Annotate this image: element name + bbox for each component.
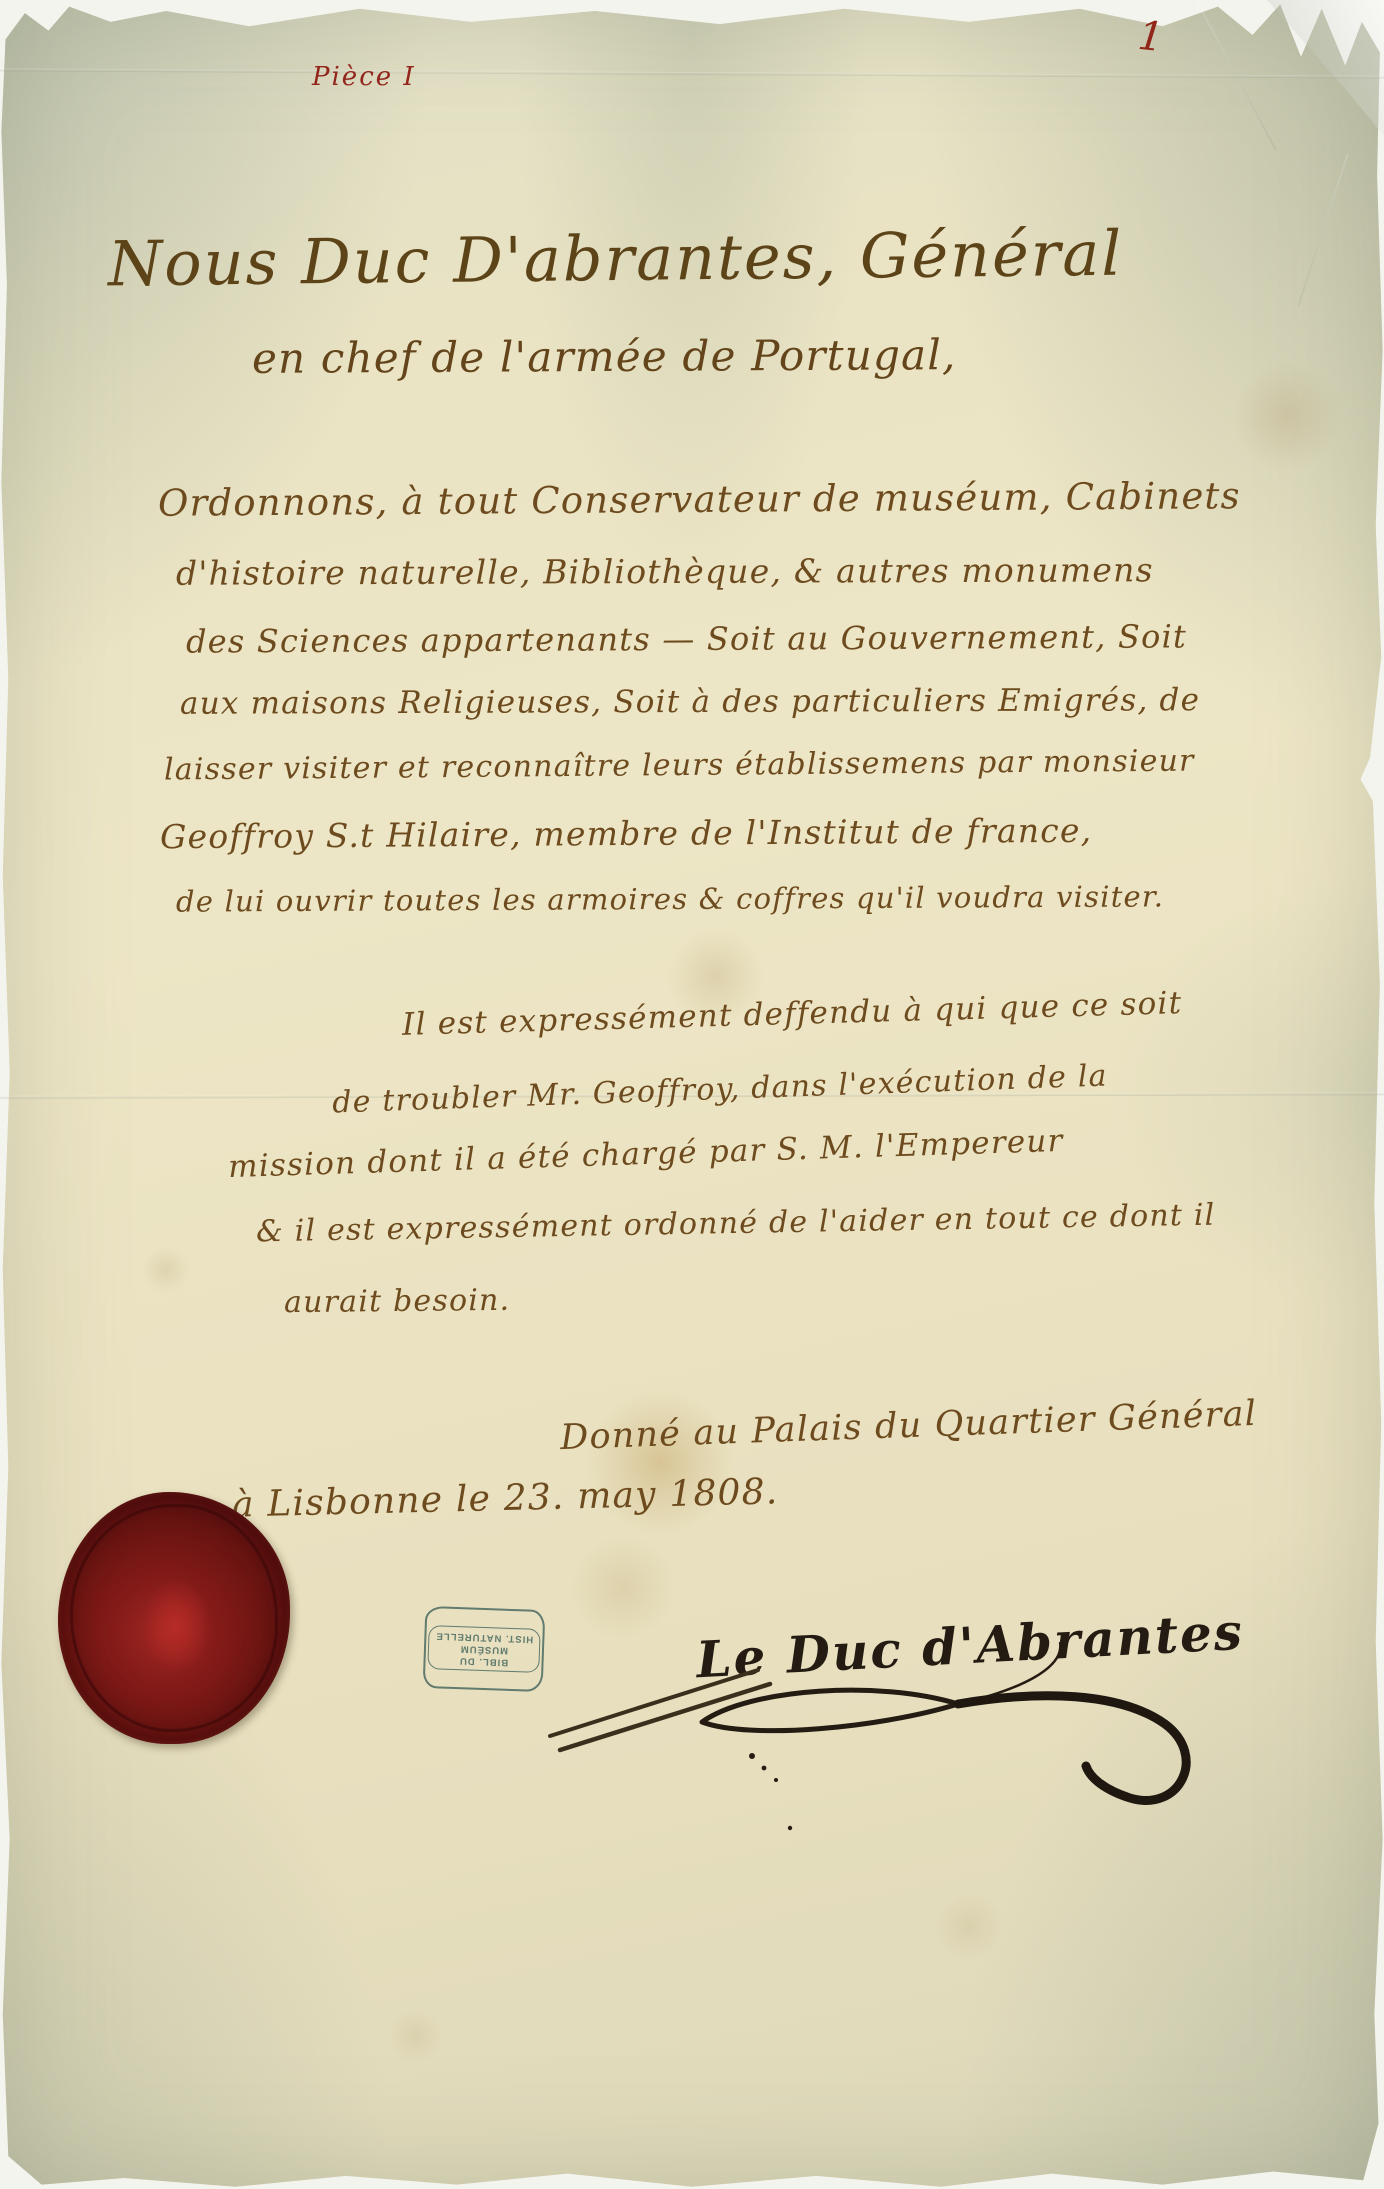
wax-seal: [58, 1492, 290, 1744]
manuscript-line: aurait besoin.: [284, 1283, 511, 1320]
manuscript-line: des Sciences appartenants — Soit au Gouv…: [186, 617, 1187, 660]
manuscript-line: aux maisons Religieuses, Soit à des part…: [180, 682, 1200, 722]
manuscript-line: de lui ouvrir toutes les armoires & coff…: [176, 879, 1164, 918]
heading-line-2: en chef de l'armée de Portugal,: [252, 330, 957, 383]
manuscript-scan: Pièce I 1 Nous Duc D'abrantes, Général e…: [0, 0, 1384, 2189]
page-number-annotation: 1: [1136, 13, 1166, 61]
ink-spatter: [749, 1753, 755, 1759]
manuscript-line: Geoffroy S.t Hilaire, membre de l'Instit…: [160, 811, 1093, 857]
piece-number-annotation: Pièce I: [312, 62, 416, 92]
ink-spatter: [762, 1766, 767, 1771]
manuscript-line: Ordonnons, à tout Conservateur de muséum…: [158, 474, 1241, 525]
ink-spatter: [774, 1778, 778, 1782]
manuscript-line: d'histoire naturelle, Bibliothèque, & au…: [176, 550, 1154, 592]
heading-line-1: Nous Duc D'abrantes, Général: [108, 217, 1124, 301]
signature-flourish: [520, 1628, 1220, 1848]
ink-spatter: [788, 1826, 792, 1830]
